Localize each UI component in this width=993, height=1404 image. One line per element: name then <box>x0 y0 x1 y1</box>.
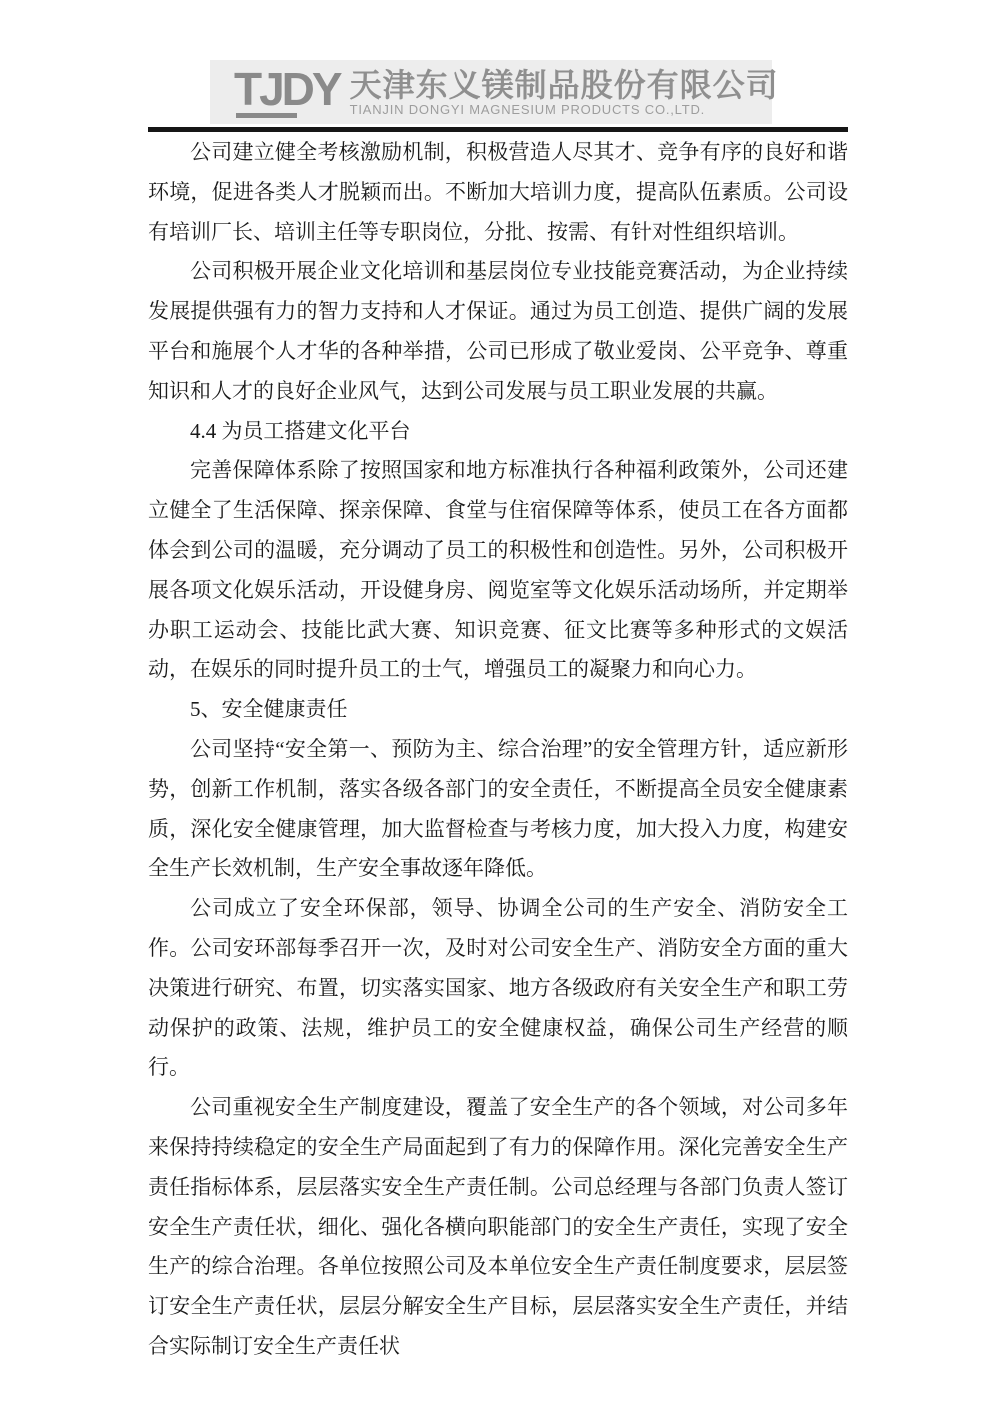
paragraph: 公司成立了安全环保部，领导、协调全公司的生产安全、消防安全工作。公司安环部每季召… <box>148 889 848 1088</box>
paragraph: 公司坚持“安全第一、预防为主、综合治理”的安全管理方针，适应新形势，创新工作机制… <box>148 730 848 889</box>
company-name-english: TIANJIN DONGYI MAGNESIUM PRODUCTS CO.,LT… <box>350 102 779 117</box>
company-name-chinese: 天津东义镁制品股份有限公司 <box>350 68 779 102</box>
paragraph: 完善保障体系除了按照国家和地方标准执行各种福利政策外，公司还建立健全了生活保障、… <box>148 451 848 690</box>
section-heading: 5、安全健康责任 <box>148 690 848 730</box>
paragraph: 公司建立健全考核激励机制，积极营造人尽其才、竞争有序的良好和谐环境，促进各类人才… <box>148 133 848 252</box>
header-divider <box>148 127 848 132</box>
tjdy-logo-icon: TJDY <box>234 66 340 118</box>
company-names: 天津东义镁制品股份有限公司 TIANJIN DONGYI MAGNESIUM P… <box>350 68 779 117</box>
document-page: TJDY 天津东义镁制品股份有限公司 TIANJIN DONGYI MAGNES… <box>0 0 993 1404</box>
document-body: 公司建立健全考核激励机制，积极营造人尽其才、竞争有序的良好和谐环境，促进各类人才… <box>148 133 848 1367</box>
section-heading: 4.4 为员工搭建文化平台 <box>148 412 848 452</box>
paragraph: 公司积极开展企业文化培训和基层岗位专业技能竞赛活动，为企业持续发展提供强有力的智… <box>148 252 848 411</box>
paragraph: 公司重视安全生产制度建设，覆盖了安全生产的各个领域，对公司多年来保持持续稳定的安… <box>148 1088 848 1367</box>
company-logo: TJDY 天津东义镁制品股份有限公司 TIANJIN DONGYI MAGNES… <box>210 60 772 124</box>
